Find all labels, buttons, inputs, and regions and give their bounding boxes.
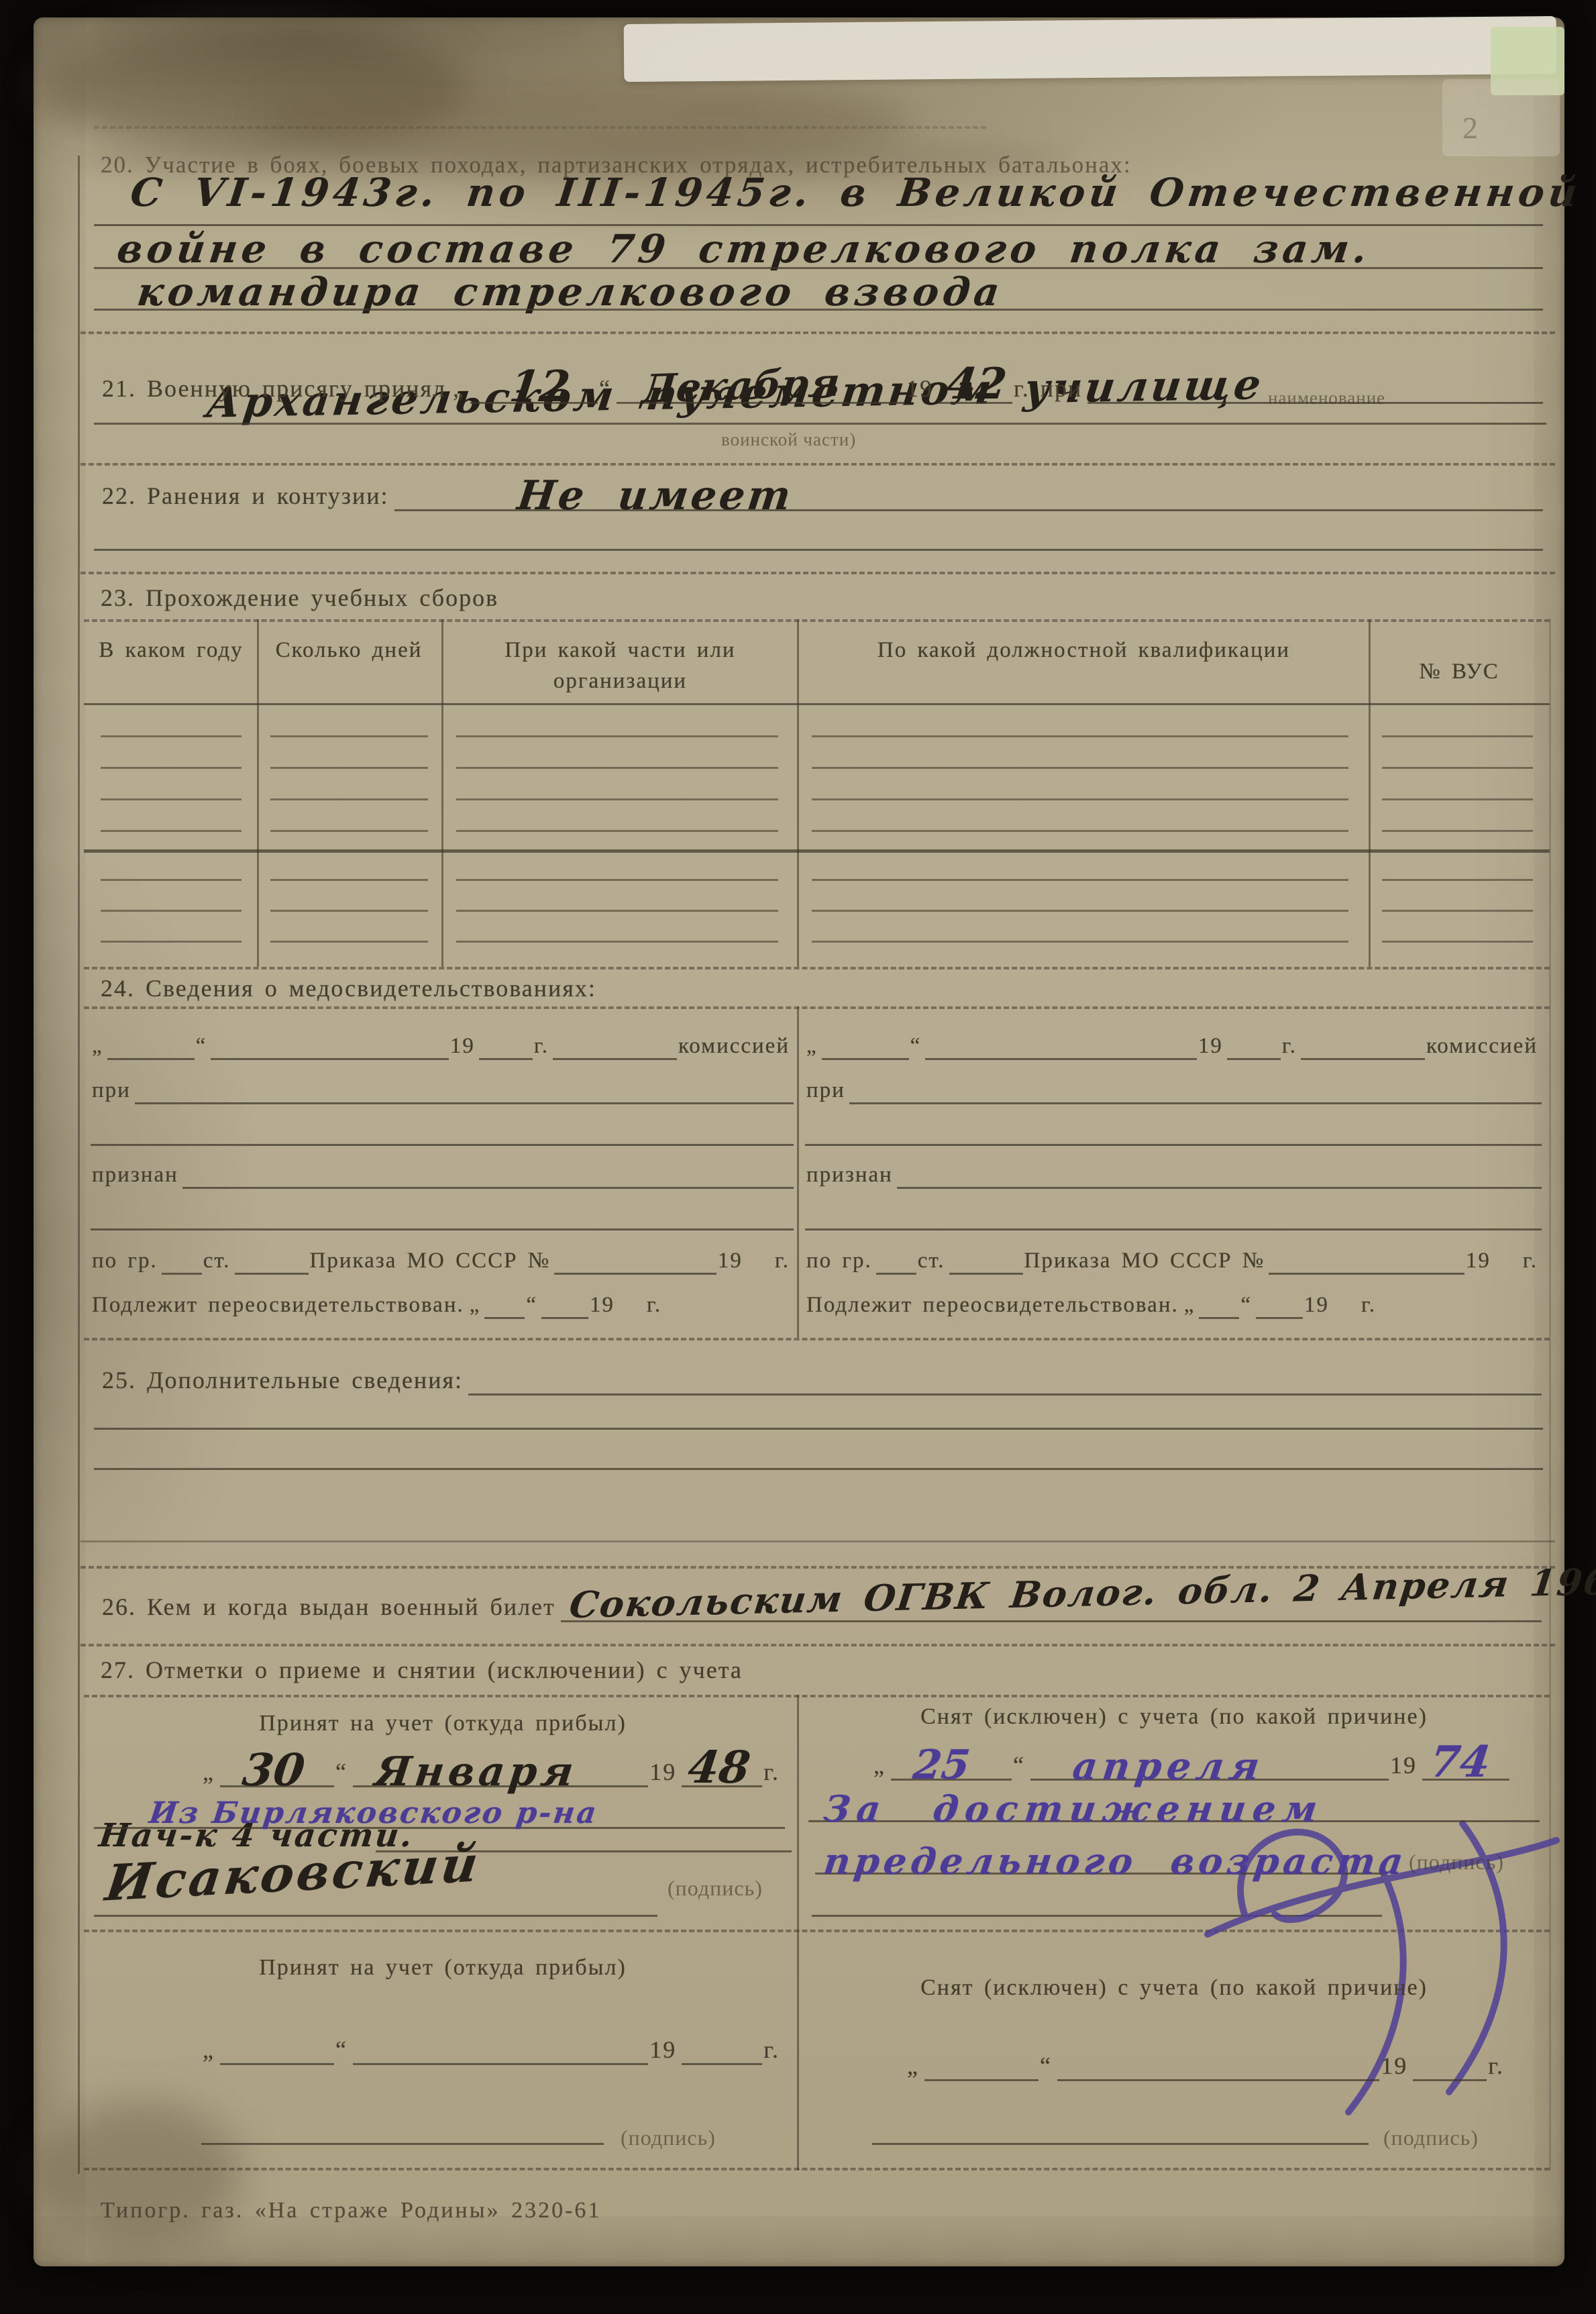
group-label: по гр. [91, 1249, 162, 1275]
commission-label: комиссией [1425, 1034, 1542, 1060]
blank-line [1269, 1265, 1465, 1275]
cell-blank-line [270, 910, 428, 912]
med-reexam-line: Подлежит переосвидетельствован. „ “ 19 г… [91, 1275, 794, 1319]
accepted-origin-line: Из Бирляковского р-на [94, 1790, 785, 1829]
year-prefix: 19 [1303, 1293, 1333, 1319]
signature-caption: (подпись) [1383, 2125, 1479, 2150]
year-prefix: 19 [648, 1758, 682, 1787]
table-column-divider [1369, 619, 1371, 967]
blank-line [805, 1136, 1542, 1146]
med-column-left: „ “ 19 г. комиссией при признан по гр. с… [91, 1013, 794, 1319]
accepted-hw-year: 48 [686, 1745, 753, 1789]
signature-caption: (подпись) [1409, 1850, 1504, 1875]
table-column-divider [257, 619, 259, 967]
cell-blank-line [101, 767, 242, 769]
quote-open: „ [906, 2052, 924, 2081]
quote-close: “ [1012, 1751, 1030, 1781]
blank-year: 48 [682, 1777, 762, 1787]
blank-line [1256, 1309, 1303, 1319]
top-smudge-line [94, 126, 986, 129]
med-at-line: при [805, 1060, 1542, 1104]
year-prefix: 19 [588, 1293, 619, 1319]
year-suffix: г. [762, 1758, 785, 1787]
quote-close: “ [598, 374, 617, 404]
quote-close: “ [195, 1034, 211, 1060]
section-separator [81, 1644, 1555, 1646]
blank-line [107, 1050, 195, 1060]
form-left-frame [78, 156, 80, 2174]
section-26-label: 26. Кем и когда выдан военный билет [101, 1593, 561, 1622]
ruled-line [94, 1428, 1543, 1430]
ruled-line [94, 1915, 657, 1917]
blank-line: Не имеет [394, 501, 1543, 511]
ruled-line [201, 2143, 604, 2145]
s21-unit-caption-part2: воинской части) [721, 429, 856, 450]
section-separator [84, 1006, 1550, 1009]
accepted-blank-date-line: „ “ 19 г. [201, 2018, 785, 2065]
section-25-label: 25. Дополнительные сведения: [101, 1366, 468, 1396]
quote-open: „ [468, 1293, 485, 1319]
year-suffix: г. [1522, 1249, 1542, 1275]
blank-line [541, 1309, 588, 1319]
blank-line [553, 1050, 677, 1060]
order-label: Приказа МО СССР № [1023, 1249, 1269, 1275]
ruled-line [94, 549, 1543, 551]
blank-year [682, 2055, 762, 2065]
blank-line: Сокольским ОГВК Волог. обл. 2 Апреля 196… [561, 1612, 1542, 1622]
cell-blank-line [456, 879, 778, 881]
section-22-label: 22. Ранения и контузии: [101, 482, 394, 511]
recognized-label: признан [805, 1163, 897, 1189]
med-column-right: „ “ 19 г. комиссией при признан по гр. с… [805, 1013, 1542, 1319]
col-header-unit: При какой части или организации [451, 635, 790, 696]
group-label: по гр. [805, 1249, 876, 1275]
quote-close: “ [1239, 1293, 1256, 1319]
med-date-line: „ “ 19 г. комиссией [91, 1013, 794, 1060]
removed-hw-day: 25 [911, 1745, 972, 1785]
s20-handwriting-line-2: войне в составе 79 стрелкового полка зам… [115, 229, 1373, 268]
section-27-label: 27. Отметки о приеме и снятии (исключени… [101, 1656, 743, 1684]
blank-line: предельного возраста [815, 1864, 1385, 1875]
quote-close: “ [334, 1758, 353, 1787]
med-recognized-line: признан [805, 1146, 1542, 1189]
med-order-line: по гр. ст. Приказа МО СССР № 19 г. [805, 1230, 1542, 1275]
removed-hw-year: 74 [1428, 1741, 1493, 1784]
blank-line [484, 1309, 525, 1319]
commission-label: комиссией [677, 1034, 794, 1060]
cell-blank-line [812, 830, 1348, 832]
blank-month: апреля [1030, 1771, 1389, 1781]
registration-column-divider [797, 1695, 799, 2170]
ruled-line [94, 309, 1543, 311]
table-column-divider [441, 619, 443, 967]
med-blank-line [91, 1104, 794, 1146]
col-header-year: В каком году [91, 635, 252, 666]
blank-month [353, 2055, 648, 2065]
reexam-label: Подлежит переосвидетельствован. [91, 1293, 468, 1319]
article-label: ст. [202, 1249, 235, 1275]
blank-line [135, 1094, 794, 1104]
blank-line [235, 1265, 309, 1275]
s21-hw-day: 12 [507, 366, 572, 409]
quote-close: “ [909, 1034, 926, 1060]
blank-line [897, 1179, 1542, 1189]
blank-line [1199, 1309, 1239, 1319]
year-prefix: 19 [716, 1249, 747, 1275]
med-at-line: при [91, 1060, 794, 1104]
blank-month: Января [353, 1777, 648, 1787]
section-24-label: 24. Сведения о медосвидетельствованиях: [101, 974, 596, 1002]
cell-blank-line [456, 830, 778, 832]
cell-blank-line [812, 735, 1348, 737]
tape-shadow [1442, 79, 1560, 156]
reexam-label: Подлежит переосвидетельствован. [805, 1293, 1183, 1319]
blank-line [949, 1265, 1023, 1275]
cell-blank-line [1382, 735, 1533, 737]
removed-reason-line-2: предельного возраста (подпись) [815, 1825, 1540, 1875]
cell-blank-line [270, 941, 428, 943]
med-order-line: по гр. ст. Приказа МО СССР № 19 г. [91, 1230, 794, 1275]
s20-handwriting-line-3: командира стрелкового взвода [135, 272, 1005, 311]
accepted-date-line: „ 30 “ Января 19 48 г. [201, 1736, 785, 1787]
year-prefix: 19 [449, 1034, 479, 1060]
accepted-hw-month: Января [373, 1752, 580, 1792]
blank-line: За достижением [808, 1812, 1540, 1822]
blank-line [876, 1265, 916, 1275]
removed-hw-month: апреля [1071, 1748, 1267, 1785]
blank-day: 12 [470, 394, 598, 404]
tape-patch [624, 16, 1557, 82]
cell-blank-line [1382, 910, 1533, 912]
quote-close: “ [1039, 2052, 1057, 2081]
cell-blank-line [1382, 941, 1533, 943]
blank-line [479, 1050, 533, 1060]
year-suffix: г. [645, 1293, 666, 1319]
cell-blank-line [456, 798, 778, 800]
year-suffix: г. [1487, 2052, 1509, 2081]
cell-blank-line [270, 735, 428, 737]
ruled-line [872, 2143, 1369, 2145]
year-suffix: г. [533, 1034, 553, 1060]
blank-line [925, 1050, 1197, 1060]
year-suffix: г. [774, 1249, 794, 1275]
table-bottom-border [84, 967, 1550, 969]
recognized-label: признан [91, 1163, 182, 1189]
table-header-border [84, 703, 1550, 705]
blank-line [1227, 1050, 1281, 1060]
cell-blank-line [456, 910, 778, 912]
blank-line [91, 1136, 794, 1146]
section-21-label: 21. Военную присягу принял [101, 374, 451, 404]
blank-day [924, 2071, 1039, 2081]
removed-header: Снят (исключен) с учета (по какой причин… [805, 1704, 1543, 1730]
page-pencil-note: 2 [1462, 110, 1479, 146]
s22-wounds-line: 22. Ранения и контузии: Не имеет [101, 470, 1543, 511]
year-prefix: 19 [905, 374, 939, 404]
blank-line [211, 1050, 449, 1060]
blank-year: 74 [1422, 1771, 1509, 1781]
col-header-vus: № ВУС [1375, 656, 1543, 687]
accepted-hw-day: 30 [240, 1748, 307, 1792]
blank-line [805, 1220, 1542, 1230]
med-column-divider [797, 1006, 799, 1338]
removed-header-row2: Снят (исключен) с учета (по какой причин… [805, 1975, 1543, 2001]
med-blank-line [805, 1104, 1542, 1146]
col-header-days: Сколько дней [265, 635, 433, 666]
med-recognized-line: признан [91, 1146, 794, 1189]
article-label: ст. [916, 1249, 949, 1275]
accepted-header-row2: Принят на учет (откуда прибыл) [91, 1955, 795, 1981]
quote-close: “ [334, 2036, 353, 2065]
s21-hw-month: Декабря [640, 363, 841, 409]
accepted-hw-origin: Из Бирляковского р-на [148, 1799, 600, 1828]
cell-blank-line [270, 767, 428, 769]
blank-line [1301, 1050, 1425, 1060]
s20-handwriting-line-1: С VI-1943г. по III-1945г. в Великой Отеч… [128, 173, 1583, 212]
year-prefix: 19 [1197, 1034, 1227, 1060]
s22-hw-value: Не имеет [515, 476, 796, 516]
cell-blank-line [101, 879, 242, 881]
quote-open: „ [91, 1034, 107, 1060]
s26-hw-value: Сокольским ОГВК Волог. обл. 2 Апреля 196… [568, 1562, 1596, 1623]
blank-line [182, 1179, 794, 1189]
blank-day: 25 [891, 1771, 1012, 1781]
year-suffix: г. [1360, 1293, 1380, 1319]
ruled-line [94, 1468, 1543, 1470]
med-blank-line [805, 1189, 1542, 1230]
removed-hw-reason-1: За достижением [822, 1791, 1326, 1827]
cell-blank-line [1382, 798, 1533, 800]
year-suffix: г. при [1012, 374, 1087, 404]
blank-day [220, 2055, 334, 2065]
blank-year [1413, 2071, 1487, 2081]
quote-open: „ [201, 2036, 220, 2065]
cell-blank-line [812, 941, 1348, 943]
blank-month: Декабря [617, 394, 905, 404]
signature-caption: (подпись) [621, 2125, 716, 2150]
removed-hw-reason-2: предельного возраста [822, 1843, 1409, 1879]
at-label: при [805, 1078, 849, 1104]
cell-blank-line [812, 879, 1348, 881]
s21-oath-line: 21. Военную присягу принял „ 12 “ Декабр… [101, 360, 1543, 404]
blank-year: 42 [939, 394, 1012, 404]
s26-issued-line: 26. Кем и когда выдан военный билет Соко… [101, 1571, 1542, 1622]
cell-blank-line [101, 830, 242, 832]
table-bottom-border [84, 2168, 1550, 2170]
table-column-divider [797, 619, 799, 967]
year-prefix: 19 [648, 2036, 682, 2065]
blank-day: 30 [220, 1777, 334, 1787]
signature-caption: (подпись) [668, 1876, 763, 1901]
table-group-divider [84, 849, 1550, 853]
med-reexam-line: Подлежит переосвидетельствован. „ “ 19 г… [805, 1275, 1542, 1319]
scanned-military-id-page: 2 20. Участие в боях, боевых походах, па… [0, 0, 1596, 2314]
cell-blank-line [1382, 830, 1533, 832]
removed-reason-line-1: За достижением [808, 1782, 1540, 1822]
blank-line [822, 1050, 909, 1060]
cell-blank-line [456, 767, 778, 769]
year-prefix: 19 [1465, 1249, 1495, 1275]
year-suffix: г. [1281, 1034, 1301, 1060]
removed-blank-date-line: „ “ 19 г. [906, 2034, 1509, 2081]
section-separator [81, 1540, 1555, 1542]
med-blank-line [91, 1189, 794, 1230]
blank-line [554, 1265, 716, 1275]
s21-hw-year: 42 [944, 363, 1009, 406]
table-top-border [84, 1695, 1550, 1697]
blank-line [162, 1265, 202, 1275]
blank-line [1087, 394, 1543, 404]
order-label: Приказа МО СССР № [309, 1249, 555, 1275]
quote-open: „ [451, 374, 470, 404]
cell-blank-line [101, 735, 242, 737]
med-date-line: „ “ 19 г. комиссией [805, 1013, 1542, 1060]
cell-blank-line [101, 798, 242, 800]
cell-blank-line [456, 735, 778, 737]
year-prefix: 19 [1379, 2052, 1413, 2081]
section-separator [81, 463, 1555, 466]
print-shop-footer: Типогр. газ. «На страже Родины» 2320-61 [101, 2198, 601, 2223]
cell-blank-line [101, 941, 242, 943]
cell-blank-line [456, 941, 778, 943]
cell-blank-line [812, 910, 1348, 912]
cell-blank-line [270, 830, 428, 832]
quote-open: „ [201, 1758, 220, 1787]
cell-blank-line [101, 910, 242, 912]
blank-line [468, 1385, 1542, 1396]
at-label: при [91, 1078, 135, 1104]
blank-line [91, 1220, 794, 1230]
quote-open: „ [1183, 1293, 1200, 1319]
blank-line: Из Бирляковского р-на [94, 1819, 785, 1829]
removed-date-line: „ 25 “ апреля 19 74 [872, 1731, 1509, 1781]
cell-blank-line [270, 879, 428, 881]
section-23-label: 23. Прохождение учебных сборов [101, 584, 498, 612]
cell-blank-line [1382, 767, 1533, 769]
blank-month [1057, 2071, 1379, 2081]
section-separator [81, 572, 1555, 574]
year-suffix: г. [762, 2036, 785, 2065]
table-top-border [84, 619, 1550, 622]
section-separator [84, 1338, 1550, 1340]
ruled-line [94, 423, 1546, 425]
section-separator [81, 331, 1555, 334]
quote-open: „ [805, 1034, 822, 1060]
accepted-header: Принят на учет (откуда прибыл) [91, 1711, 795, 1736]
cell-blank-line [812, 767, 1348, 769]
cell-blank-line [1382, 879, 1533, 881]
quote-open: „ [872, 1751, 891, 1781]
col-header-qualification: По какой должностной квалификации [807, 635, 1361, 666]
quote-close: “ [525, 1293, 541, 1319]
year-prefix: 19 [1389, 1751, 1422, 1781]
cell-blank-line [270, 798, 428, 800]
s25-extra-info-line: 25. Дополнительные сведения: [101, 1361, 1542, 1396]
blank-line [849, 1094, 1542, 1104]
cell-blank-line [812, 798, 1348, 800]
